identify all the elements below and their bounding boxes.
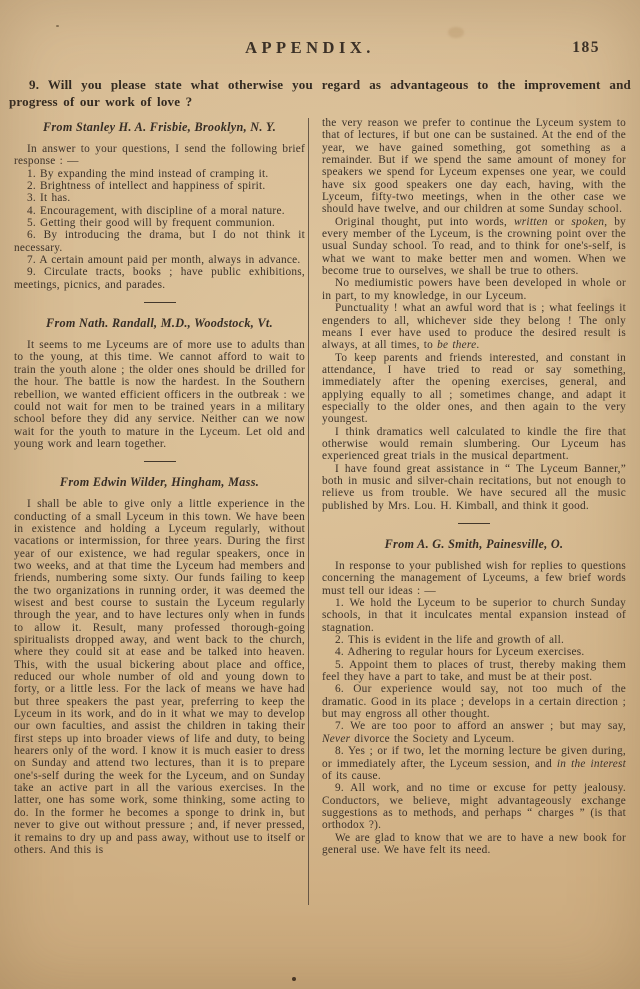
letter-section-wilder: From Edwin Wilder, Hingham, Mass. I shal… [14, 475, 305, 856]
letter-heading: From Stanley H. A. Frisbie, Brooklyn, N.… [14, 120, 305, 135]
paragraph: 8. Yes ; or if two, let the morning lect… [322, 745, 626, 782]
paragraph: I think dramatics well calculated to kin… [322, 426, 626, 463]
paragraph: 2. Brightness of intellect and happiness… [14, 180, 305, 192]
letter-section-randall: From Nath. Randall, M.D., Woodstock, Vt.… [14, 316, 305, 450]
paragraph: In answer to your questions, I send the … [14, 143, 305, 168]
paper-stain [448, 27, 464, 38]
paragraph: 6. By introducing the drama, but I do no… [14, 229, 305, 254]
ink-speck [56, 25, 59, 27]
column-rule [308, 118, 309, 905]
section-divider [144, 302, 176, 303]
paragraph: 5. Appoint them to places of trust, ther… [322, 659, 626, 684]
paragraph: 5. Getting their good will by frequent c… [14, 217, 305, 229]
paragraph: Original thought, put into words, writte… [322, 216, 626, 278]
paragraph: 9. Circulate tracts, books ; have public… [14, 266, 305, 291]
section-divider [458, 523, 490, 524]
paragraph: 2. This is evident in the life and growt… [322, 634, 626, 646]
letter-section-smith: From A. G. Smith, Painesville, O. In res… [322, 537, 626, 856]
right-column: the very reason we prefer to continue th… [322, 114, 626, 915]
paper-stain [600, 300, 614, 340]
paragraph: 6. Our experience would say, not too muc… [322, 683, 626, 720]
letter-heading: From Edwin Wilder, Hingham, Mass. [14, 475, 305, 490]
paragraph: No mediumistic powers have been develope… [322, 277, 626, 302]
paragraph: Punctuality ! what an awful word that is… [322, 302, 626, 351]
paragraph: 1. We hold the Lyceum to be superior to … [322, 597, 626, 634]
paragraph: 7. We are too poor to afford an answer ;… [322, 720, 626, 745]
letter-heading: From Nath. Randall, M.D., Woodstock, Vt. [14, 316, 305, 331]
book-page: { "header": { "title": "APPENDIX.", "pag… [0, 0, 640, 989]
paragraph: 3. It has. [14, 192, 305, 204]
letter-heading: From A. G. Smith, Painesville, O. [322, 537, 626, 552]
letter-section-wilder-continued: the very reason we prefer to continue th… [322, 117, 626, 512]
page-number: 185 [572, 39, 600, 57]
running-head-title: APPENDIX. [0, 38, 620, 58]
paragraph: 7. A certain amount paid per month, alwa… [14, 254, 305, 266]
paragraph: I have found great assistance in “ The L… [322, 463, 626, 512]
paragraph: We are glad to know that we are to have … [322, 832, 626, 857]
question-text: 9. Will you please state what otherwise … [9, 76, 631, 110]
paragraph: 9. All work, and no time or excuse for p… [322, 782, 626, 831]
paragraph: 4. Encouragement, with discipline of a m… [14, 205, 305, 217]
section-divider [144, 461, 176, 462]
paragraph: 1. By expanding the mind instead of cram… [14, 168, 305, 180]
letter-section-frisbie: From Stanley H. A. Frisbie, Brooklyn, N.… [14, 120, 305, 291]
paragraph: To keep parents and friends interested, … [322, 352, 626, 426]
left-column: From Stanley H. A. Frisbie, Brooklyn, N.… [14, 114, 305, 912]
paragraph: I shall be able to give only a little ex… [14, 498, 305, 856]
paragraph: It seems to me Lyceums are of more use t… [14, 339, 305, 450]
paragraph: 4. Adhering to regular hours for Lyceum … [322, 646, 626, 658]
paragraph: the very reason we prefer to continue th… [322, 117, 626, 216]
paragraph: In response to your published wish for r… [322, 560, 626, 597]
ink-speck [292, 977, 296, 981]
